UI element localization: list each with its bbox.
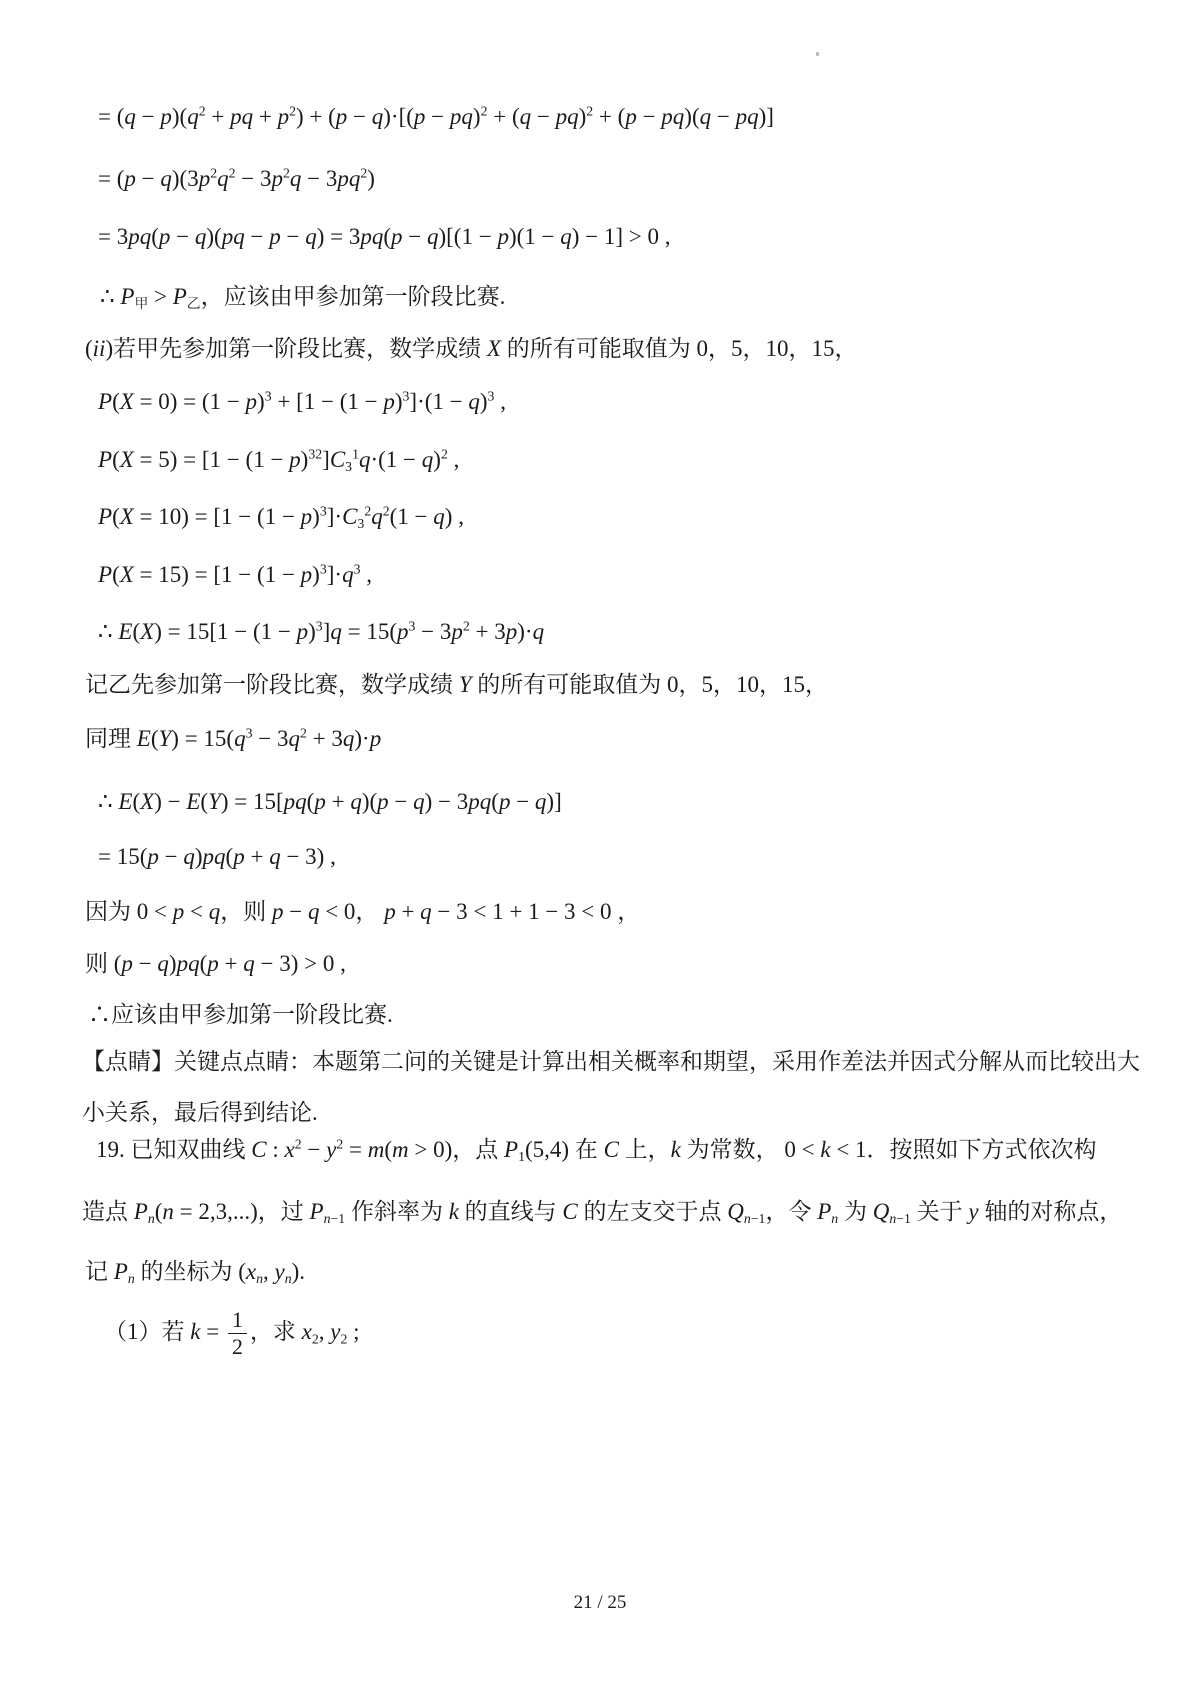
expectation-y: 同理 E(Y) = 15(q3 − 3q2 + 3q)·p bbox=[85, 722, 381, 757]
expectation-x: ∴ E(X) = 15[1 − (1 − p)3]q = 15(p3 − 3p2… bbox=[98, 615, 544, 650]
conclusion-jia-first: ∴应该由甲参加第一阶段比赛. bbox=[88, 998, 393, 1033]
document-page: = (q − p)(q2 + pq + p2) + (p − q)·[(p − … bbox=[0, 0, 1200, 1697]
prob-x-equals-15: P(X = 15) = [1 − (1 − p)3]·q3 , bbox=[98, 558, 372, 593]
expectation-difference: ∴ E(X) − E(Y) = 15[pq(p + q)(p − q) − 3p… bbox=[98, 785, 562, 820]
problem-19-part-1: （1）若 k = 12，求 x2, y2 ; bbox=[104, 1308, 360, 1360]
math-line-factored: = (p − q)(3p2q2 − 3p2q − 3pq2) bbox=[98, 162, 375, 197]
conclusion-p-jia-greater: ∴ P甲 > P乙，应该由甲参加第一阶段比赛. bbox=[100, 280, 505, 315]
inequality-reasoning: 因为 0 < p < q，则 p − q < 0， p + q − 3 < 1 … bbox=[85, 895, 640, 930]
math-line-expansion: = (q − p)(q2 + pq + p2) + (p − q)·[(p − … bbox=[98, 100, 774, 135]
problem-19-line-1: 19. 已知双曲线 C : x2 − y2 = m(m > 0)，点 P1(5,… bbox=[96, 1133, 1097, 1168]
prob-x-equals-0: P(X = 0) = (1 − p)3 + [1 − (1 − p)3]·(1 … bbox=[98, 385, 506, 420]
y-intro: 记乙先参加第一阶段比赛，数学成绩 Y 的所有可能取值为 0，5，10，15， bbox=[85, 668, 828, 703]
key-insight-line-2: 小关系，最后得到结论. bbox=[82, 1096, 318, 1131]
prob-x-equals-10: P(X = 10) = [1 − (1 − p)3]·C32q2(1 − q) … bbox=[98, 500, 464, 535]
product-positive: 则 (p − q)pq(p + q − 3) > 0 , bbox=[85, 947, 346, 982]
math-line-final-inequality: = 3pq(p − q)(pq − p − q) = 3pq(p − q)[(1… bbox=[98, 220, 671, 255]
stray-scan-mark bbox=[816, 52, 819, 56]
problem-19-line-2: 造点 Pn(n = 2,3,...)，过 Pn−1 作斜率为 k 的直线与 C … bbox=[82, 1195, 1122, 1230]
key-insight-line-1: 【点睛】关键点点睛：本题第二问的关键是计算出相关概率和期望，采用作差法并因式分解… bbox=[82, 1045, 1140, 1080]
prob-x-equals-5: P(X = 5) = [1 − (1 − p)32]C31q·(1 − q)2 … bbox=[98, 443, 459, 478]
part-ii-intro: (ii)若甲先参加第一阶段比赛，数学成绩 X 的所有可能取值为 0，5，10，1… bbox=[85, 332, 857, 367]
problem-19-line-3: 记 Pn 的坐标为 (xn, yn). bbox=[85, 1255, 305, 1290]
difference-factored: = 15(p − q)pq(p + q − 3) , bbox=[98, 840, 336, 875]
page-number-indicator: 21 / 25 bbox=[0, 1592, 1200, 1614]
